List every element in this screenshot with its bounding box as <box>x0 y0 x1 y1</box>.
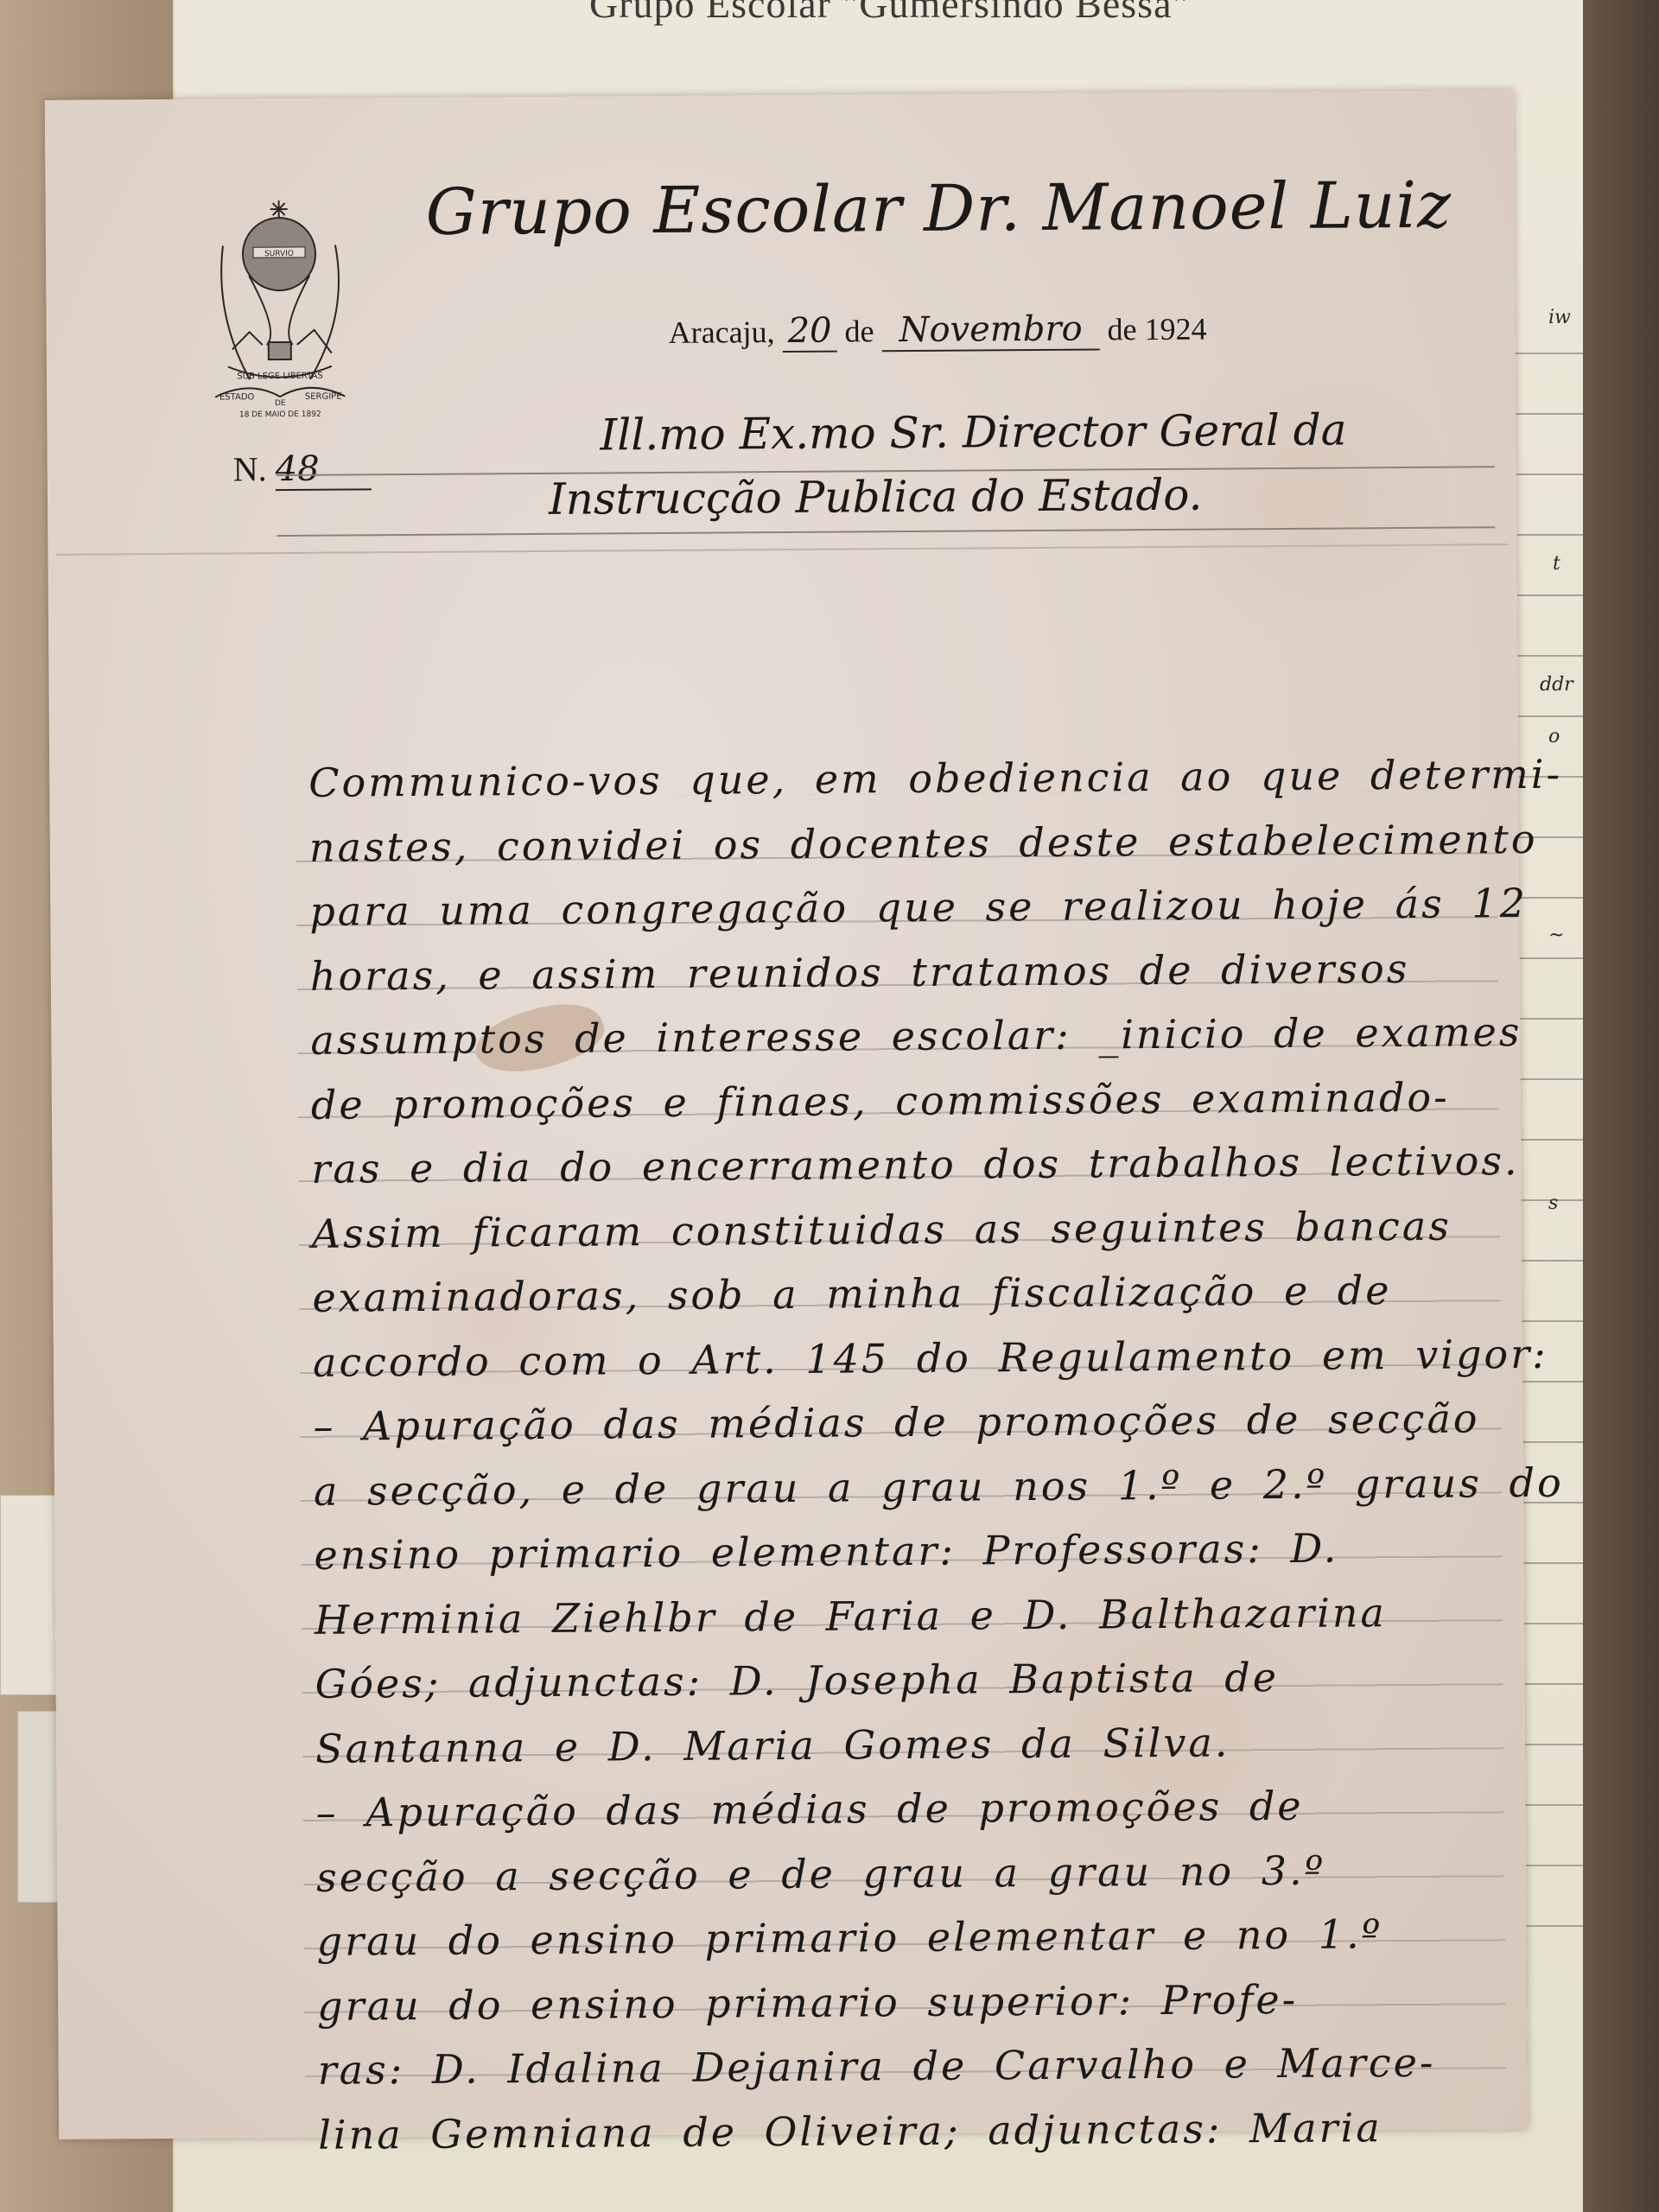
body-line: secção a secção e de grau a grau no 3.º <box>316 1837 1509 1910</box>
letter-body: Communico-vos que, em obediencia ao que … <box>308 742 1510 2167</box>
addressee-line: Instrucção Publica do Estado. <box>549 461 1508 531</box>
svg-text:ESTADO: ESTADO <box>219 392 255 402</box>
body-line: horas, e assim reunidos tratamos de dive… <box>310 936 1503 1008</box>
body-line: grau do ensino primario elementar e no 1… <box>316 1901 1509 1974</box>
body-line: – Apuração das médias de promoções de se… <box>313 1386 1505 1459</box>
body-line: Communico-vos que, em obediencia ao que … <box>308 742 1501 815</box>
margin-note: s <box>1548 1192 1558 1214</box>
svg-text:18 DE MAIO DE 1892: 18 DE MAIO DE 1892 <box>239 410 321 419</box>
body-line: para uma congregação que se realizou hoj… <box>309 871 1502 944</box>
svg-text:DE: DE <box>275 399 286 408</box>
body-line: ras e dia do encerramento dos trabalhos … <box>311 1128 1503 1201</box>
date-de: de <box>1107 312 1136 346</box>
body-line: Assim ficaram constituidas as seguintes … <box>312 1193 1504 1266</box>
svg-text:SERGIPE: SERGIPE <box>305 392 342 402</box>
letter-sheet: SURVIO SUB LEGE LIBERTAS ESTADO DE SERGI… <box>45 90 1528 2139</box>
body-line: ensino primario elementar: Professoras: … <box>314 1515 1506 1587</box>
addressee-line: Ill.mo Ex.mo Sr. Director Geral da <box>600 397 1507 467</box>
date-de: de <box>844 314 874 348</box>
body-line: examinadoras, sob a minha fiscalização e… <box>312 1257 1504 1330</box>
margin-note: o <box>1548 726 1560 747</box>
body-line: Santanna e D. Maria Gomes da Silva. <box>315 1708 1508 1781</box>
letter-number-value: 48 <box>276 448 372 491</box>
body-line: assumptos de interesse escolar: _inicio … <box>310 1000 1503 1072</box>
sergipe-coat-of-arms-icon: SURVIO SUB LEGE LIBERTAS ESTADO DE SERGI… <box>197 193 363 418</box>
body-line: Góes; adjunctas: D. Josepha Baptista de <box>315 1643 1507 1716</box>
body-line: accordo com o Art. 145 do Regulamento em… <box>313 1322 1505 1395</box>
svg-text:SUB LEGE LIBERTAS: SUB LEGE LIBERTAS <box>237 372 322 382</box>
letter-number: N. 48 <box>233 448 372 489</box>
body-line: – Apuração das médias de promoções de <box>315 1772 1508 1845</box>
letterhead-title: Grupo Escolar Dr. Manoel Luiz <box>425 168 1452 250</box>
margin-note: ~ <box>1548 925 1564 946</box>
body-line: Herminia Ziehlbr de Faria e D. Balthazar… <box>315 1580 1507 1652</box>
body-line: lina Gemniana de Oliveira; adjunctas: Ma… <box>318 2094 1510 2167</box>
date-day: 20 <box>782 311 836 353</box>
date-city: Aracaju, <box>669 315 775 350</box>
svg-text:SURVIO: SURVIO <box>264 250 294 258</box>
header-divider <box>56 543 1508 556</box>
body-line: ras: D. Idalina Dejanira de Carvalho e M… <box>317 2030 1510 2102</box>
body-line: nastes, convidei os docentes deste estab… <box>309 807 1502 880</box>
body-line: de promoções e finaes, commissões examin… <box>311 1065 1503 1137</box>
body-line: a secção, e de grau a grau nos 1.º e 2.º… <box>314 1451 1506 1523</box>
letter-number-label: N. <box>233 449 267 488</box>
addressee-block: Ill.mo Ex.mo Sr. Director Geral da Instr… <box>600 397 1508 531</box>
background-sheet-title: Grupo Escolar "Gumersindo Bessa" <box>589 0 1189 27</box>
margin-note: iw <box>1548 307 1571 328</box>
date-month: Novembro <box>881 308 1099 352</box>
margin-note: ddr <box>1540 674 1573 696</box>
margin-note: t <box>1553 553 1560 575</box>
date-line: Aracaju, 20 de Novembro de 1924 <box>669 308 1207 353</box>
date-year: 1924 <box>1144 312 1206 347</box>
body-line: grau do ensino primario superior: Profe- <box>317 1966 1510 2038</box>
